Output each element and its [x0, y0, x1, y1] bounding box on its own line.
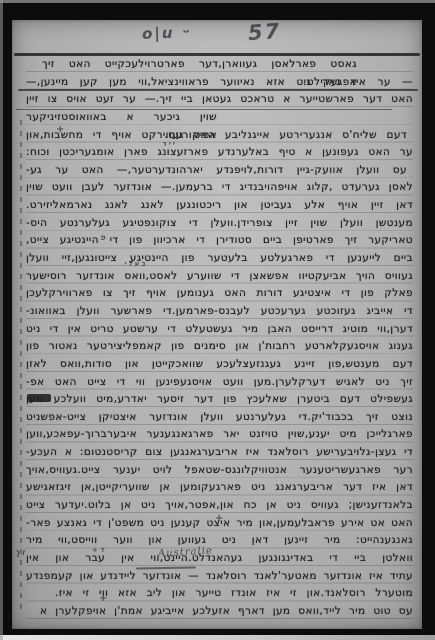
pencil-correction: +ד [92, 546, 106, 554]
scan-bottom-edge [0, 635, 435, 640]
handwritten-page-number: 57 [247, 19, 282, 45]
pencil-correction: פ [100, 233, 107, 242]
typed-strikeout-blot [27, 394, 51, 402]
pencil-scribble: o|u ᵕ [142, 23, 192, 43]
pencil-plus-mark: + [99, 593, 109, 604]
pencil-correction: ייר [162, 140, 176, 148]
pencil-plus-mark: + [215, 513, 225, 524]
handwritten-australia-note: Australie [158, 546, 213, 560]
manuscript-page: גאסט פארלאסן געווארן,דער פארטרוילעכקייט … [12, 20, 422, 629]
pencil-plus-mark: + [56, 124, 66, 135]
pencil-correction: זך [15, 548, 27, 557]
handwritten-annotation-layer: 57o|u ᵕ+יירפבעלי+זך+דAustralie+ [12, 20, 422, 629]
scanned-document-photo: גאסט פארלאסן געווארן,דער פארטרוילעכקייט … [0, 0, 435, 640]
pencil-correction: בעלי [124, 260, 147, 268]
pencil-underline [136, 566, 196, 569]
